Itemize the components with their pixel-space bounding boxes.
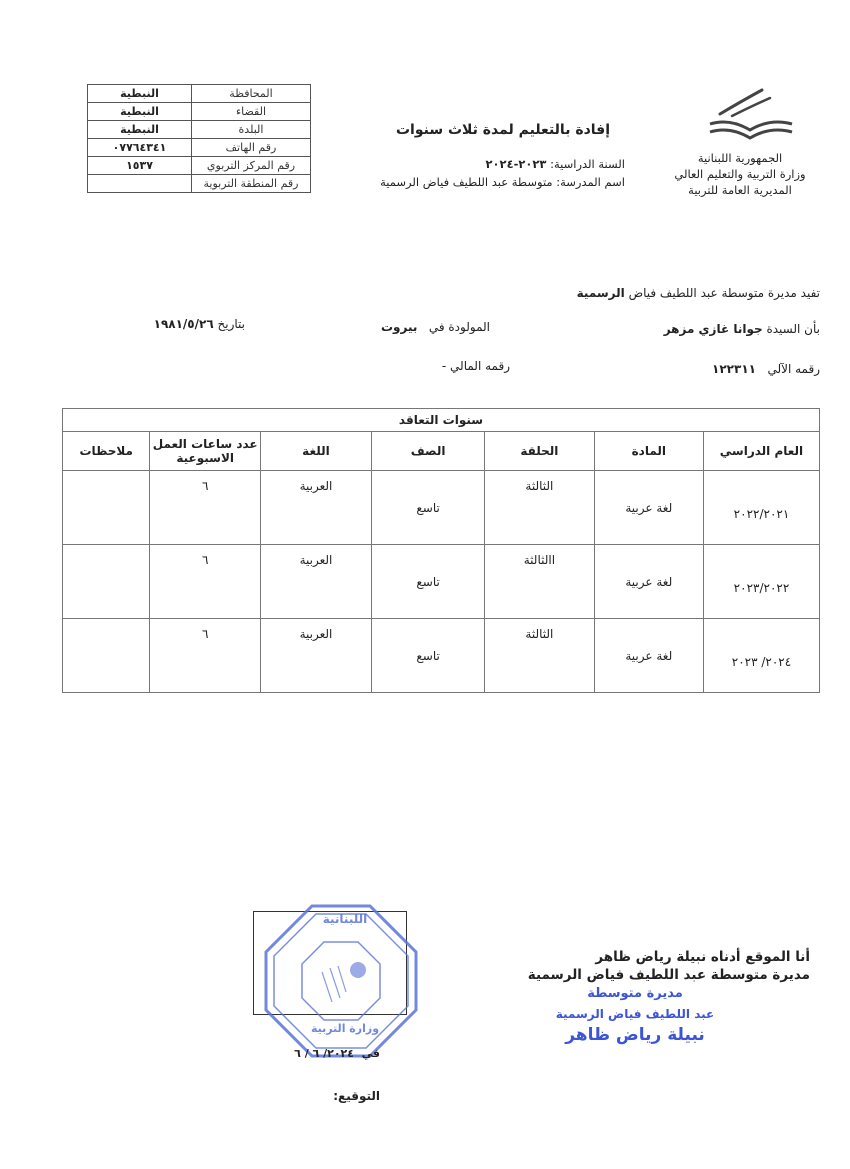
cell-grade: تاسع [372, 619, 485, 693]
date-prefix: في [362, 1047, 380, 1060]
birthplace-label: المولودة في [429, 320, 490, 334]
blue-stamp-line-3: نبيلة رياض ظاهر [520, 1025, 750, 1045]
issue-date: في ٢٠٢٤/ ٦ / ٦ [240, 1047, 380, 1060]
date-value: ٢٠٢٤/ ٦ / ٦ [294, 1047, 354, 1060]
blue-stamp-line-1: مديرة متوسطة [520, 986, 750, 1001]
cell-year: ٢٠٢٤/ ٢٠٢٣ [703, 619, 819, 693]
col-header-language: اللغة [260, 432, 371, 471]
info-row-zone-number: رقم المنطقة التربوية [88, 175, 311, 193]
signature-label: التوقيع: [300, 1089, 380, 1103]
birthdate-value: ١٩٨١/٥/٢٦ [154, 317, 214, 331]
school-name: اسم المدرسة: متوسطة عبد اللطيف فياض الرس… [360, 175, 625, 189]
ministry-label: وزارة التربية والتعليم العالي [660, 166, 820, 182]
seal-top-text: اللبنانية [300, 912, 390, 926]
republic-label: الجمهورية اللبنانية [660, 150, 820, 166]
academic-year: السنة الدراسية: ٢٠٢٣-٢٠٢٤ [380, 157, 625, 171]
seal-bottom-text: وزارة التربية [300, 1022, 390, 1035]
col-header-year: العام الدراسي [703, 432, 819, 471]
birthdate-line: بتاريخ ١٩٨١/٥/٢٦ [100, 317, 245, 331]
cell-subject: لغة عربية [594, 471, 703, 545]
cell-year: ٢٠٢٢/٢٠٢١ [703, 471, 819, 545]
birthplace-value: بيروت [381, 320, 417, 334]
table-row: ٢٠٢٣/٢٠٢٢ لغة عربية االثالثة تاسع العربي… [63, 545, 820, 619]
intro-line: تفيد مديرة متوسطة عبد اللطيف فياض الرسمي… [440, 286, 820, 300]
cell-language: العربية [260, 545, 371, 619]
cell-hours: ٦ [150, 619, 260, 693]
cell-subject: لغة عربية [594, 619, 703, 693]
info-label: رقم الهاتف [192, 139, 311, 157]
info-value: ٠٧٧٦٤٣٤١ [88, 139, 192, 157]
cell-notes [63, 619, 150, 693]
document-title: إفادة بالتعليم لمدة ثلاث سنوات [360, 122, 610, 138]
school-label: اسم المدرسة: [556, 175, 625, 189]
col-header-subject: المادة [594, 432, 703, 471]
info-value [88, 175, 192, 193]
location-info-table: المحافظة النبطية القضاء النبطية البلدة ا… [87, 84, 311, 193]
cell-subject: لغة عربية [594, 545, 703, 619]
birthplace-line: المولودة في بيروت [300, 320, 490, 334]
teacher-name: جوانا غازي مزهر [664, 322, 763, 336]
info-label: البلدة [192, 121, 311, 139]
info-value: ١٥٣٧ [88, 157, 192, 175]
info-row-governorate: المحافظة النبطية [88, 85, 311, 103]
info-row-phone: رقم الهاتف ٠٧٧٦٤٣٤١ [88, 139, 311, 157]
teacher-prefix: بأن السيدة [766, 322, 820, 336]
contract-years-table: سنوات التعاقد العام الدراسي المادة الحلق… [62, 408, 820, 693]
cell-language: العربية [260, 471, 371, 545]
cell-notes [63, 545, 150, 619]
principal-stamp: مديرة متوسطة عبد اللطيف فياض الرسمية نبي… [520, 984, 750, 1045]
intro-bold: الرسمية [577, 286, 625, 300]
table-row: ٢٠٢٢/٢٠٢١ لغة عربية الثالثة تاسع العربية… [63, 471, 820, 545]
info-label: القضاء [192, 103, 311, 121]
col-header-weekly-hours: عدد ساعات العمل الاسبوعية [150, 432, 260, 471]
cell-grade: تاسع [372, 471, 485, 545]
table-row: ٢٠٢٤/ ٢٠٢٣ لغة عربية الثالثة تاسع العربي… [63, 619, 820, 693]
col-header-notes: ملاحظات [63, 432, 150, 471]
auto-number-line: رقمه الآلي ١٢٢٣١١ [640, 362, 820, 376]
info-row-center-number: رقم المركز التربوي ١٥٣٧ [88, 157, 311, 175]
col-header-grade: الصف [372, 432, 485, 471]
cell-year: ٢٠٢٣/٢٠٢٢ [703, 545, 819, 619]
info-value: النبطية [88, 103, 192, 121]
academic-year-value: ٢٠٢٣-٢٠٢٤ [486, 157, 547, 171]
school-value: متوسطة عبد اللطيف فياض الرسمية [380, 175, 552, 189]
signer-line-2: مديرة متوسطة عبد اللطيف فياض الرسمية [520, 966, 810, 984]
table-caption: سنوات التعاقد [63, 409, 820, 432]
info-label: المحافظة [192, 85, 311, 103]
teacher-line: بأن السيدة جوانا غازي مزهر [560, 322, 820, 336]
ministry-header: الجمهورية اللبنانية وزارة التربية والتعل… [660, 150, 820, 198]
signer-line-1: أنا الموقع أدناه نبيلة رياض ظاهر [520, 948, 810, 966]
info-label: رقم المنطقة التربوية [192, 175, 311, 193]
info-row-town: البلدة النبطية [88, 121, 311, 139]
intro-prefix: تفيد مديرة متوسطة عبد اللطيف فياض [629, 286, 820, 300]
auto-number-label: رقمه الآلي [767, 362, 820, 376]
info-value: النبطية [88, 121, 192, 139]
directorate-label: المديرية العامة للتربية [660, 182, 820, 198]
cell-cycle: الثالثة [485, 471, 594, 545]
cell-grade: تاسع [372, 545, 485, 619]
cell-cycle: االثالثة [485, 545, 594, 619]
signer-block: أنا الموقع أدناه نبيلة رياض ظاهر مديرة م… [520, 948, 810, 984]
cell-language: العربية [260, 619, 371, 693]
ministry-logo-icon [700, 84, 800, 144]
info-value: النبطية [88, 85, 192, 103]
col-header-cycle: الحلقة [485, 432, 594, 471]
info-label: رقم المركز التربوي [192, 157, 311, 175]
academic-year-label: السنة الدراسية: [550, 157, 625, 171]
cell-hours: ٦ [150, 545, 260, 619]
financial-number-line: رقمه المالي - [400, 359, 510, 373]
cell-cycle: الثالثة [485, 619, 594, 693]
info-row-district: القضاء النبطية [88, 103, 311, 121]
birthdate-label: بتاريخ [218, 317, 246, 331]
cell-notes [63, 471, 150, 545]
cell-hours: ٦ [150, 471, 260, 545]
blue-stamp-line-2: عبد اللطيف فياض الرسمية [520, 1007, 750, 1021]
auto-number-value: ١٢٢٣١١ [712, 362, 756, 376]
